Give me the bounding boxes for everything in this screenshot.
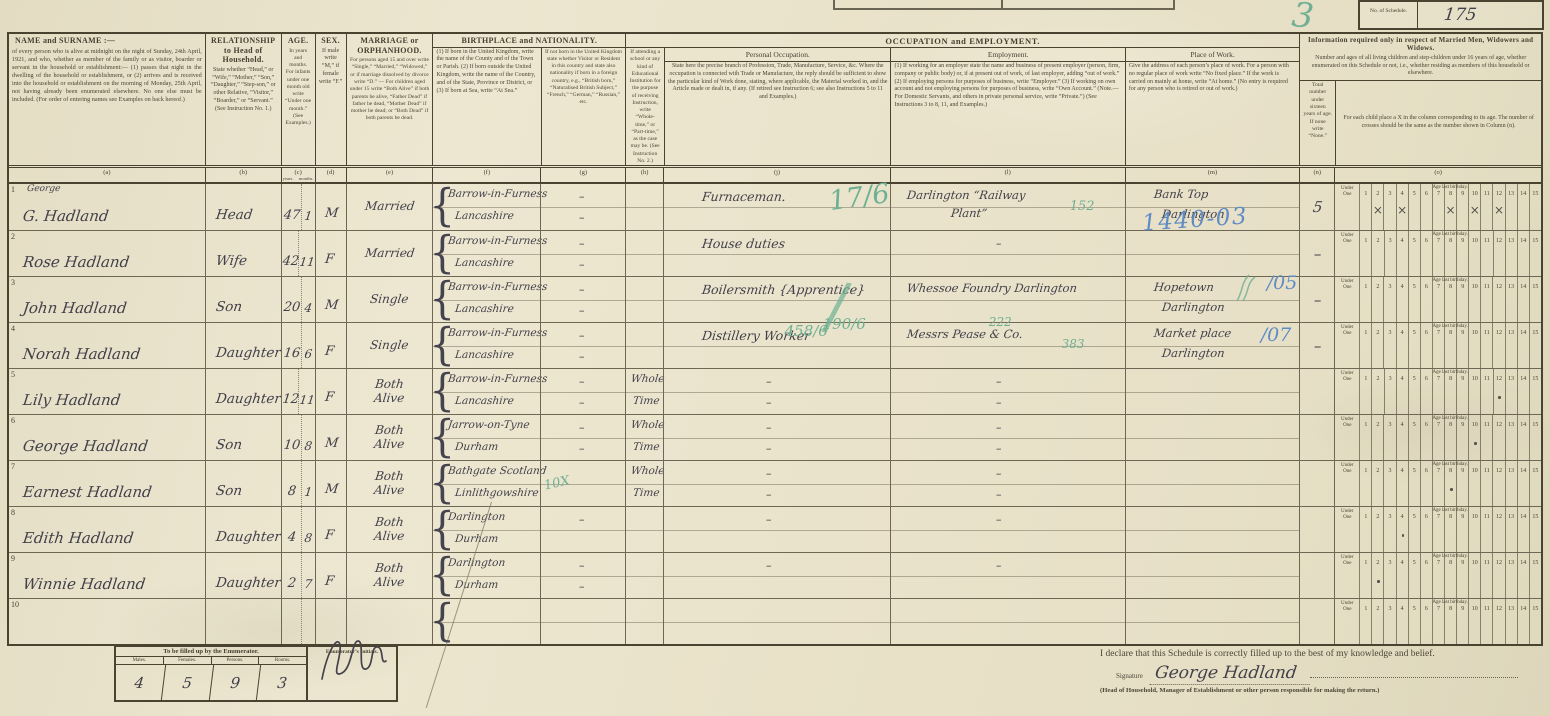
column-letter: (d): [315, 168, 346, 182]
children-age-grid: UnderOneAge last birthday.12345678910111…: [1335, 231, 1541, 276]
decorative: [1001, 0, 1003, 8]
age-column: 7: [1432, 599, 1444, 644]
age-number: 15: [1530, 376, 1541, 382]
age-column: 9: [1456, 231, 1468, 276]
age-column: 9: [1456, 507, 1468, 552]
age-number: 14: [1518, 191, 1529, 197]
schedule-row: 8Edith HadlandDaughter48FBothAlive{Darli…: [9, 506, 1541, 552]
handwritten-name: Rose Hadland: [22, 253, 131, 271]
under-one-line: One: [1335, 607, 1359, 613]
age-years: 42: [280, 254, 299, 276]
age-column: 13: [1505, 461, 1517, 506]
age-number: 3: [1384, 514, 1395, 520]
employment-cell: –: [890, 231, 1125, 276]
age-number: 13: [1506, 560, 1517, 566]
age-column: 4: [1396, 599, 1408, 644]
under-one-label: UnderOne: [1335, 553, 1359, 598]
handwritten-entry: –: [578, 421, 585, 434]
nationality-cell: ––: [540, 369, 625, 414]
age-column: 14: [1517, 553, 1529, 598]
age-column: 10: [1468, 415, 1480, 460]
age-months-cell: 1: [301, 461, 315, 506]
children-total-cell: [1299, 599, 1334, 644]
age-column: 10: [1468, 553, 1480, 598]
children-age-grid: UnderOneAge last birthday.12345678910111…: [1335, 369, 1541, 414]
age-column: 8: [1444, 507, 1456, 552]
column-header-name: NAME and SURNAME :— of every person who …: [9, 34, 205, 165]
sex-cell: F: [315, 369, 346, 414]
column-header-age: AGE. In years and months. For infants un…: [281, 34, 315, 165]
decorative: [322, 641, 386, 679]
children-age-grid-cell: UnderOneAge last birthday.12345678910111…: [1334, 369, 1541, 414]
age-number: 5: [1409, 376, 1420, 382]
age-column: 3: [1383, 415, 1395, 460]
schedule-row: 6George HadlandSon108MBothAlive{Jarrow-o…: [9, 414, 1541, 460]
age-number: 5: [1409, 330, 1420, 336]
age-column: 1: [1359, 415, 1371, 460]
age-months-cell: 8: [301, 415, 315, 460]
occupation-cell: –: [663, 553, 890, 598]
age-column: 14: [1517, 369, 1529, 414]
age-number: 8: [1445, 330, 1456, 336]
handwritten-children-total: –: [1312, 291, 1322, 309]
age-years: 20: [280, 300, 302, 322]
employment-cell: Messrs Pease & Co.383: [890, 323, 1125, 368]
age-number: 2: [1372, 284, 1383, 290]
age-column: 10: [1468, 461, 1480, 506]
age-number: 4: [1397, 330, 1408, 336]
registrar-code-blue: /07: [1261, 324, 1292, 346]
age-months: 1: [303, 209, 313, 230]
age-column: 6: [1420, 599, 1432, 644]
under-one-line: One: [1335, 377, 1359, 383]
age-column: 7: [1432, 231, 1444, 276]
age-number: 10: [1469, 422, 1480, 428]
age-number: 11: [1481, 422, 1492, 428]
age-column: 11: [1480, 415, 1492, 460]
age-column: 2: [1371, 231, 1383, 276]
handwritten-entry: Darlington: [448, 557, 507, 569]
age-number: 7: [1433, 468, 1444, 474]
children-total-cell: –: [1299, 277, 1334, 322]
children-age-grid-cell: UnderOneAge last birthday.12345678910111…: [1334, 461, 1541, 506]
handwritten-entry: Market place: [1153, 326, 1232, 340]
brace-mark: {: [429, 596, 454, 647]
row-number: 3: [11, 278, 15, 287]
age-column: 15: [1529, 277, 1541, 322]
age-number: 8: [1445, 284, 1456, 290]
name-cell: 2Rose Hadland: [9, 231, 205, 276]
handwritten-relationship: Daughter: [215, 529, 282, 545]
age-number: 3: [1384, 422, 1395, 428]
age-number: 2: [1372, 468, 1383, 474]
age-column: 12: [1492, 553, 1504, 598]
relationship-cell: Head: [205, 184, 281, 230]
age-column: 4: [1396, 231, 1408, 276]
handwritten-entry: Lancashire: [455, 257, 515, 269]
school-column-desc: If attending a school or any kind of Edu…: [626, 48, 664, 165]
employment-desc: (1) If working for an employer state the…: [891, 62, 1124, 111]
handwritten-entry: Barrow-in-Furness: [448, 281, 549, 293]
occupation-cell: House duties: [663, 231, 890, 276]
registrar-code-green: 152: [1070, 199, 1095, 214]
age-column: 2: [1371, 599, 1383, 644]
handwritten-entry: –: [995, 467, 1002, 480]
school-cell: [625, 184, 663, 230]
age-column: 9: [1456, 599, 1468, 644]
age-number: 15: [1530, 284, 1541, 290]
handwritten-entry: –: [765, 442, 772, 455]
age-column: 3: [1384, 231, 1396, 276]
age-column: 14: [1517, 415, 1529, 460]
children-age-grid-cell: UnderOneAge last birthday.12345678910111…: [1334, 599, 1541, 644]
handwritten-entry: Bank Top: [1153, 187, 1209, 201]
age-number: 14: [1518, 422, 1529, 428]
employment-cell: ––: [890, 415, 1125, 460]
handwritten-sex: F: [324, 574, 335, 589]
handwritten-sex: F: [324, 344, 335, 359]
age-number: 12: [1493, 560, 1504, 566]
age-column: 6: [1420, 231, 1432, 276]
age-number: 6: [1421, 376, 1432, 382]
age-column: 1: [1359, 277, 1371, 322]
age-number: 3: [1384, 284, 1395, 290]
age-column: 14: [1517, 599, 1529, 644]
handwritten-entry: –: [765, 467, 772, 480]
age-number: 10: [1469, 191, 1480, 197]
occupation-cell: ––: [663, 415, 890, 460]
age-number: 13: [1506, 238, 1517, 244]
sex-cell: M: [315, 277, 346, 322]
age-column: 6: [1420, 461, 1432, 506]
age-column: 3: [1384, 369, 1396, 414]
name-cell: 6George Hadland: [9, 415, 205, 460]
age-cell: 27: [281, 553, 315, 598]
occupation-band-title: OCCUPATION and EMPLOYMENT.: [626, 34, 1299, 48]
age-cell: 48: [281, 507, 315, 552]
age-column: 2: [1371, 415, 1383, 460]
age-number: 6: [1421, 514, 1432, 520]
place-of-work-title: Place of Work.: [1126, 48, 1300, 62]
personal-occupation-title: Personal Occupation.: [665, 48, 890, 62]
enumerator-males-value: 4: [114, 665, 165, 700]
handwritten-entry: Barrow-in-Furness: [448, 188, 549, 200]
handwritten-relationship: Head: [215, 207, 253, 223]
handwritten-entry: –: [578, 442, 585, 455]
age-number: 5: [1409, 514, 1420, 520]
age-cross-mark: ×: [1397, 203, 1408, 217]
handwritten-marriage: Both: [374, 378, 404, 391]
birthplace-column-title: BIRTHPLACE and NATIONALITY.: [433, 34, 625, 48]
registrar-code-blue: /05: [1267, 272, 1298, 294]
age-years: 47: [280, 208, 302, 230]
age-column: 15: [1529, 323, 1541, 368]
age-column: 7: [1432, 507, 1444, 552]
age-column: 8: [1444, 369, 1456, 414]
age-column: 4: [1396, 415, 1408, 460]
handwritten-marriage: Alive: [374, 576, 406, 589]
marriage-cell: Married: [346, 231, 433, 276]
age-number: 7: [1433, 376, 1444, 382]
birthplace-subcolumns: (1) If born in the United Kingdom, write…: [433, 48, 625, 165]
age-number: 7: [1433, 606, 1444, 612]
age-number: 8: [1445, 514, 1456, 520]
age-column: 12: [1493, 369, 1505, 414]
decorative: [833, 0, 835, 8]
nationality-cell: ––: [540, 231, 625, 276]
sex-cell: M: [315, 461, 346, 506]
age-number: 5: [1409, 238, 1420, 244]
age-years: 16: [280, 346, 302, 368]
decorative: [1237, 275, 1255, 301]
age-column: 4: [1396, 369, 1408, 414]
employment-cell: –: [890, 507, 1125, 552]
handwritten-entry: Whessoe Foundry Darlington: [906, 281, 1078, 295]
age-number: 5: [1409, 468, 1420, 474]
name-column-title: NAME and SURNAME :—: [9, 34, 205, 47]
handwritten-entry: Darlington: [1161, 300, 1225, 314]
brace-mark: {: [429, 181, 454, 232]
place-of-work-cell: [1125, 231, 1300, 276]
employment-cell: Darlington “RailwayPlant”152: [890, 184, 1125, 230]
age-number: 11: [1481, 238, 1492, 244]
age-column: 10: [1468, 369, 1480, 414]
birthplace-cell: {Barrow-in-FurnessLancashire: [432, 277, 540, 322]
age-column: 8: [1444, 277, 1456, 322]
brace-mark: {: [429, 228, 454, 279]
handwritten-sex: M: [324, 298, 339, 313]
age-column: 2: [1371, 461, 1383, 506]
age-number: 10: [1469, 376, 1480, 382]
nationality-desc: If not born in the United Kingdom state …: [541, 48, 625, 165]
age-number: 2: [1372, 191, 1383, 197]
column-letter: (j): [663, 168, 890, 182]
age-column: 6: [1420, 184, 1432, 230]
age-column: 6: [1420, 507, 1432, 552]
age-column-desc: In years and months. For infants under o…: [282, 47, 315, 129]
age-column: 8: [1444, 553, 1456, 598]
column-header-children-info: Information required only in respect of …: [1299, 34, 1541, 165]
age-number: 12: [1493, 284, 1504, 290]
age-column: 15: [1529, 599, 1541, 644]
age-column: 7: [1432, 461, 1444, 506]
letter-text: (j): [664, 169, 890, 176]
row-number: 5: [11, 370, 15, 379]
handwritten-entry: –: [578, 211, 585, 224]
handwritten-entry: Lancashire: [455, 303, 515, 315]
age-months: 11: [298, 393, 316, 414]
age-cross-mark: ×: [1372, 203, 1383, 217]
schedule-row: 1GeorgeG. HadlandHead471MMarried{Barrow-…: [9, 184, 1541, 230]
under-one-label: UnderOne: [1335, 369, 1359, 414]
age-column: 5: [1408, 415, 1420, 460]
age-column: 12: [1492, 599, 1504, 644]
column-header-birthplace-nationality: BIRTHPLACE and NATIONALITY. (1) If born …: [432, 34, 625, 165]
age-column: 3: [1383, 323, 1395, 368]
nationality-cell: ––: [540, 415, 625, 460]
age-column: 5: [1408, 461, 1420, 506]
age-number: 11: [1481, 330, 1492, 336]
handwritten-marriage: Single: [369, 339, 409, 352]
enumerator-initials-scrawl: [312, 631, 390, 687]
name-cell: 8Edith Hadland: [9, 507, 205, 552]
age-number: 3: [1384, 560, 1395, 566]
age-column: 9: [1456, 415, 1468, 460]
school-cell: [625, 599, 663, 644]
form-header: NAME and SURNAME :— of every person who …: [9, 34, 1541, 168]
age-column: 13: [1505, 507, 1517, 552]
age-column: 8: [1444, 231, 1456, 276]
age-months: 8: [303, 531, 313, 552]
age-column: 11: [1480, 461, 1492, 506]
marriage-cell: BothAlive: [346, 369, 433, 414]
age-column: 8: [1444, 599, 1456, 644]
age-number: 5: [1409, 560, 1420, 566]
handwritten-relationship: Son: [215, 437, 243, 453]
handwritten-marriage: Single: [369, 293, 409, 306]
age-number: 4: [1397, 376, 1408, 382]
age-number: 2: [1372, 606, 1383, 612]
age-cell: 108: [281, 415, 315, 460]
column-letter: (b): [205, 168, 281, 182]
schedule-row: 4Norah HadlandDaughter166FSingle{Barrow-…: [9, 322, 1541, 368]
age-number: 7: [1433, 560, 1444, 566]
age-column: 3: [1383, 599, 1395, 644]
age-number: 1: [1360, 468, 1371, 474]
sex-cell: M: [315, 415, 346, 460]
enumerator-persons-value: 9: [208, 665, 260, 700]
relationship-column-title: RELATIONSHIP to Head of Household.: [206, 34, 281, 66]
age-number: 6: [1421, 606, 1432, 612]
age-dot-mark: [1450, 488, 1453, 491]
children-age-grid: UnderOneAge last birthday.12345678910111…: [1335, 553, 1541, 598]
form-body: 1GeorgeG. HadlandHead471MMarried{Barrow-…: [9, 184, 1541, 644]
census-schedule-scan: No. of Schedule. 175 3 NAME and SURNAME …: [0, 0, 1550, 716]
age-number: 13: [1506, 422, 1517, 428]
brace-mark: {: [429, 458, 454, 509]
school-cell: WholeTime: [625, 369, 663, 414]
age-number: 2: [1372, 514, 1383, 520]
age-number: 15: [1530, 514, 1541, 520]
column-letter: (h): [625, 168, 663, 182]
age-cross-mark: ×: [1493, 203, 1504, 217]
age-column: 8: [1444, 461, 1456, 506]
handwritten-entry: –: [578, 375, 585, 388]
letter-text: (n): [1300, 169, 1334, 176]
age-units: years.months.: [282, 176, 315, 181]
handwritten-marriage: Married: [364, 247, 415, 260]
place-of-work-cell: [1125, 369, 1300, 414]
handwritten-entry: Linlithgowshire: [455, 487, 540, 499]
children-total-cell: [1299, 553, 1334, 598]
age-number: 3: [1384, 606, 1395, 612]
age-number: 4: [1397, 468, 1408, 474]
declaration-subtext: (Head of Household, Manager of Establish…: [1100, 687, 1548, 694]
place-of-work-cell: [1125, 553, 1300, 598]
enumerator-females-value: 5: [161, 665, 213, 700]
age-number: 9: [1457, 560, 1468, 566]
column-letter: (a): [9, 168, 205, 182]
age-months: 4: [303, 301, 313, 322]
age-number: 5: [1409, 422, 1420, 428]
occupation-employment-section: OCCUPATION and EMPLOYMENT. If attending …: [625, 34, 1299, 165]
age-months-cell: 8: [301, 507, 315, 552]
handwritten-relationship: Daughter: [215, 575, 282, 591]
age-number: 14: [1518, 468, 1529, 474]
age-number: 12: [1493, 330, 1504, 336]
place-of-work-cell: [1125, 461, 1300, 506]
enumerator-box: To be filled up by the Enumerator. Males…: [114, 645, 398, 702]
age-number: 8: [1445, 238, 1456, 244]
place-of-work-cell: [1125, 507, 1300, 552]
handwritten-entry: Whole: [630, 419, 665, 431]
handwritten-entry: –: [578, 559, 585, 572]
sex-cell: F: [315, 231, 346, 276]
handwritten-entry: Time: [632, 487, 660, 499]
children-age-grid: UnderOneAge last birthday.12345678910111…: [1335, 323, 1541, 368]
age-column: 14: [1517, 231, 1529, 276]
handwritten-entry: –: [995, 442, 1002, 455]
handwritten-name: George Hadland: [22, 437, 149, 455]
age-column: 1: [1359, 507, 1371, 552]
handwritten-name: Edith Hadland: [22, 529, 135, 547]
age-number: 13: [1506, 284, 1517, 290]
children-age-grid: UnderOneAge last birthday.12345678910111…: [1335, 277, 1541, 322]
age-column: 1: [1359, 184, 1371, 230]
age-column: 6: [1420, 323, 1432, 368]
age-number: 10: [1469, 468, 1480, 474]
name-cell: 5Lily Hadland: [9, 369, 205, 414]
age-column: 2×: [1371, 184, 1383, 230]
handwritten-entry: –: [578, 350, 585, 363]
employment-cell: [890, 599, 1125, 644]
children-total-cell: [1299, 415, 1334, 460]
under-one-line: One: [1335, 239, 1359, 245]
age-column: 15: [1529, 369, 1541, 414]
handwritten-entry: Hopetown: [1153, 280, 1215, 294]
occupation-cell: Boilersmith {Apprentice}190/6/: [663, 277, 890, 322]
relationship-cell: Daughter: [205, 507, 281, 552]
age-column: 1: [1359, 231, 1371, 276]
age-number: 2: [1372, 560, 1383, 566]
age-years: 10: [280, 438, 302, 460]
age-months-cell: 4: [301, 277, 315, 322]
age-column: 3: [1383, 553, 1395, 598]
age-number: 10: [1469, 284, 1480, 290]
age-column: 10: [1468, 323, 1480, 368]
age-column: 13: [1505, 277, 1517, 322]
age-number: 14: [1518, 560, 1529, 566]
age-number: 6: [1421, 560, 1432, 566]
letter-text: (m): [1126, 169, 1300, 176]
sex-cell: M: [315, 184, 346, 230]
age-number: 4: [1397, 284, 1408, 290]
row-number: 8: [11, 508, 15, 517]
children-total-desc: Total number under sixteen years of age.…: [1300, 81, 1335, 165]
schedule-number-value: 175: [1416, 2, 1543, 28]
handwritten-sex: M: [324, 206, 339, 221]
census-form: NAME and SURNAME :— of every person who …: [7, 32, 1543, 646]
column-letter: (m): [1125, 168, 1300, 182]
age-number: 6: [1421, 238, 1432, 244]
age-number: 15: [1530, 468, 1541, 474]
column-header-sex: SEX. If male write “M,” if female write …: [315, 34, 346, 165]
row-number: 10: [11, 600, 19, 609]
age-number: 7: [1433, 330, 1444, 336]
under-one-label: UnderOne: [1335, 461, 1359, 506]
registrar-code-green: 10X: [543, 473, 571, 493]
age-number: 1: [1360, 422, 1371, 428]
